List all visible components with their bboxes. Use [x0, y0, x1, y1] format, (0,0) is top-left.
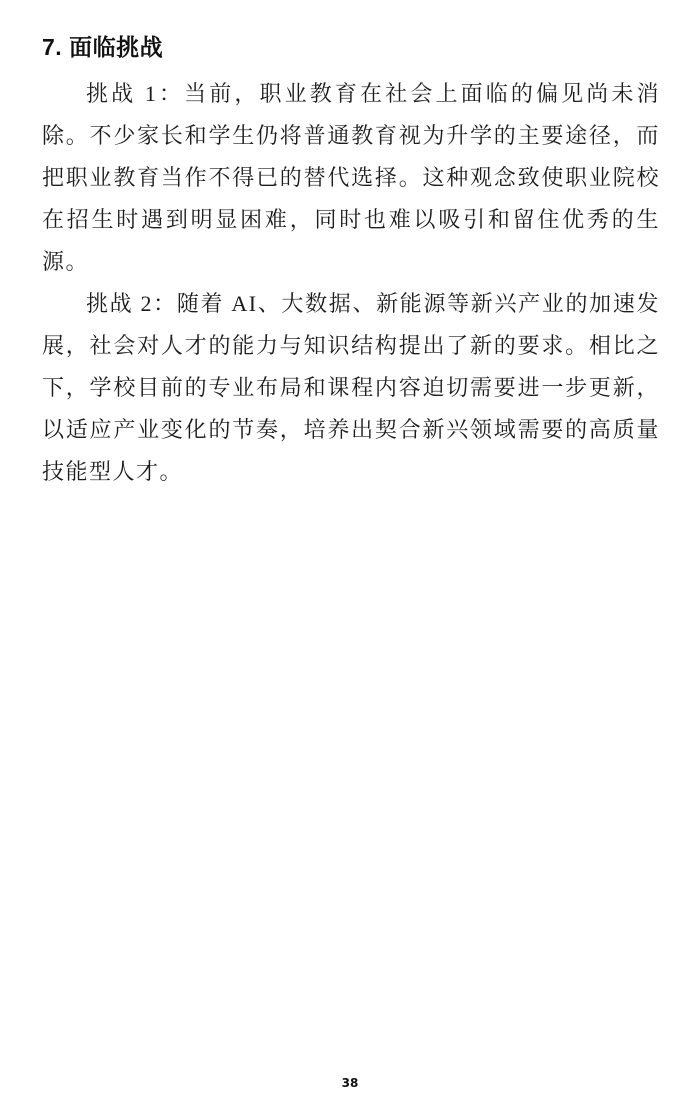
page-footer: 38: [0, 1074, 700, 1092]
paragraph-challenge-2: 挑战 2：随着 AI、大数据、新能源等新兴产业的加速发展，社会对人才的能力与知识…: [42, 283, 660, 493]
page-number: 38: [342, 1076, 359, 1090]
section-heading: 7. 面临挑战: [42, 33, 660, 61]
document-page: 7. 面临挑战 挑战 1：当前，职业教育在社会上面临的偏见尚未消除。不少家长和学…: [0, 0, 700, 1099]
page-content: 7. 面临挑战 挑战 1：当前，职业教育在社会上面临的偏见尚未消除。不少家长和学…: [0, 0, 700, 493]
paragraph-challenge-1: 挑战 1：当前，职业教育在社会上面临的偏见尚未消除。不少家长和学生仍将普通教育视…: [42, 73, 660, 283]
